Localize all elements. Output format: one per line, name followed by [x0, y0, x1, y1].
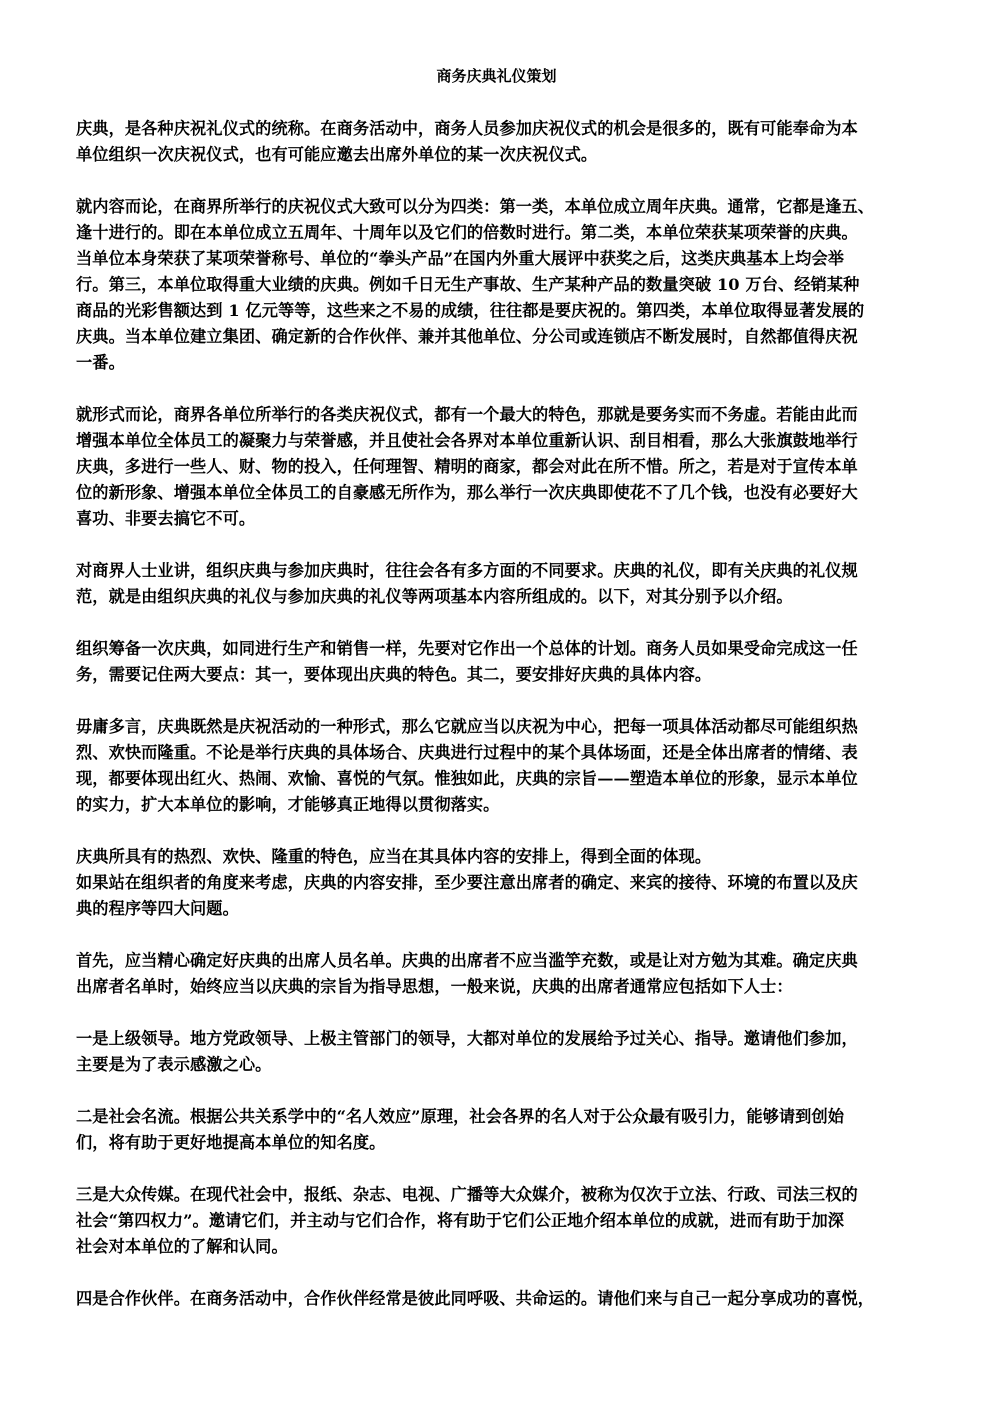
text-line: 四是合作伙伴。在商务活动中，合作伙伴经常是彼此同呼吸、共命运的。请他们来与自己一…	[76, 1288, 874, 1310]
text-line: 毋庸多言，庆典既然是庆祝活动的一种形式，那么它就应当以庆祝为中心，把每一项具体活…	[76, 716, 858, 738]
text-line: 典的程序等四大问题。	[76, 898, 239, 920]
text-line: 就内容而论，在商界所举行的庆祝仪式大致可以分为四类：第一类，本单位成立周年庆典。…	[76, 196, 874, 218]
text-line: 主要是为了表示感激之心。	[76, 1054, 271, 1076]
text-line: 二是社会名流。根据公共关系学中的“名人效应”原理，社会各界的名人对于公众最有吸引…	[76, 1106, 844, 1128]
text-line: 范，就是由组织庆典的礼仪与参加庆典的礼仪等两项基本内容所组成的。以下，对其分别予…	[76, 586, 793, 608]
text-line: 三是大众传媒。在现代社会中，报纸、杂志、电视、广播等大众媒介，被称为仅次于立法、…	[76, 1184, 858, 1206]
text-line: 逢十进行的。即在本单位成立五周年、十周年以及它们的倍数时进行。第二类，本单位荣获…	[76, 222, 858, 244]
text-line: 庆典，多进行一些人、财、物的投入，任何理智、精明的商家，都会对此在所不惜。所之，…	[76, 456, 858, 478]
text-line: 庆典所具有的热烈、欢快、隆重的特色，应当在其具体内容的安排上，得到全面的体现。	[76, 846, 711, 868]
text-line: 喜功、非要去搞它不可。	[76, 508, 255, 530]
text-line: 一是上级领导。地方党政领导、上极主管部门的领导，大都对单位的发展给予过关心、指导…	[76, 1028, 858, 1050]
text-line: 庆典。当本单位建立集团、确定新的合作伙伴、兼并其他单位、分公司或连锁店不断发展时…	[76, 326, 858, 348]
text-line: 当单位本身荣获了某项荣誉称号、单位的“拳头产品”在国内外重大展评中获奖之后，这类…	[76, 248, 844, 270]
text-line: 一番。	[76, 352, 125, 374]
text-line: 首先，应当精心确定好庆典的出席人员名单。庆典的出席者不应当滥竽充数，或是让对方勉…	[76, 950, 858, 972]
text-line: 社会对本单位的了解和认同。	[76, 1236, 288, 1258]
document-page: 商务庆典礼仪策划 庆典，是各种庆祝礼仪式的统称。在商务活动中，商务人员参加庆祝仪…	[0, 0, 993, 1404]
text-line: 们，将有助于更好地提高本单位的知名度。	[76, 1132, 385, 1154]
document-title: 商务庆典礼仪策划	[0, 66, 993, 86]
text-line: 出席者名单时，始终应当以庆典的宗旨为指导思想，一般来说，庆典的出席者通常应包括如…	[76, 976, 793, 998]
text-line: 位的新形象、增强本单位全体员工的自豪感无所作为，那么举行一次庆典即使花不了几个钱…	[76, 482, 858, 504]
text-line: 对商界人士业讲，组织庆典与参加庆典时，往往会各有多方面的不同要求。庆典的礼仪，即…	[76, 560, 858, 582]
text-line: 社会“第四权力”。邀请它们，并主动与它们合作，将有助于它们公正地介绍本单位的成就…	[76, 1210, 844, 1232]
text-line: 如果站在组织者的角度来考虑，庆典的内容安排，至少要注意出席者的确定、来宾的接待、…	[76, 872, 858, 894]
text-line: 行。第三，本单位取得重大业绩的庆典。例如千日无生产事故、生产某种产品的数量突破 …	[76, 274, 859, 296]
text-line: 务，需要记住两大要点：其一，要体现出庆典的特色。其二，要安排好庆典的具体内容。	[76, 664, 711, 686]
text-line: 商品的光彩售额达到 1 亿元等等，这些来之不易的成绩，往往都是要庆祝的。第四类，…	[76, 300, 864, 322]
text-line: 单位组织一次庆祝仪式，也有可能应邀去出席外单位的某一次庆祝仪式。	[76, 144, 597, 166]
text-line: 增强本单位全体员工的凝聚力与荣誉感，并且使社会各界对本单位重新认识、刮目相看，那…	[76, 430, 858, 452]
text-line: 就形式而论，商界各单位所举行的各类庆祝仪式，都有一个最大的特色，那就是要务实而不…	[76, 404, 858, 426]
text-line: 庆典，是各种庆祝礼仪式的统称。在商务活动中，商务人员参加庆祝仪式的机会是很多的，…	[76, 118, 858, 140]
text-line: 现，都要体现出红火、热闹、欢愉、喜悦的气氛。惟独如此，庆典的宗旨——塑造本单位的…	[76, 768, 858, 790]
text-line: 的实力，扩大本单位的影响，才能够真正地得以贯彻落实。	[76, 794, 499, 816]
text-line: 烈、欢快而隆重。不论是举行庆典的具体场合、庆典进行过程中的某个具体场面，还是全体…	[76, 742, 858, 764]
text-line: 组织筹备一次庆典，如同进行生产和销售一样，先要对它作出一个总体的计划。商务人员如…	[76, 638, 858, 660]
